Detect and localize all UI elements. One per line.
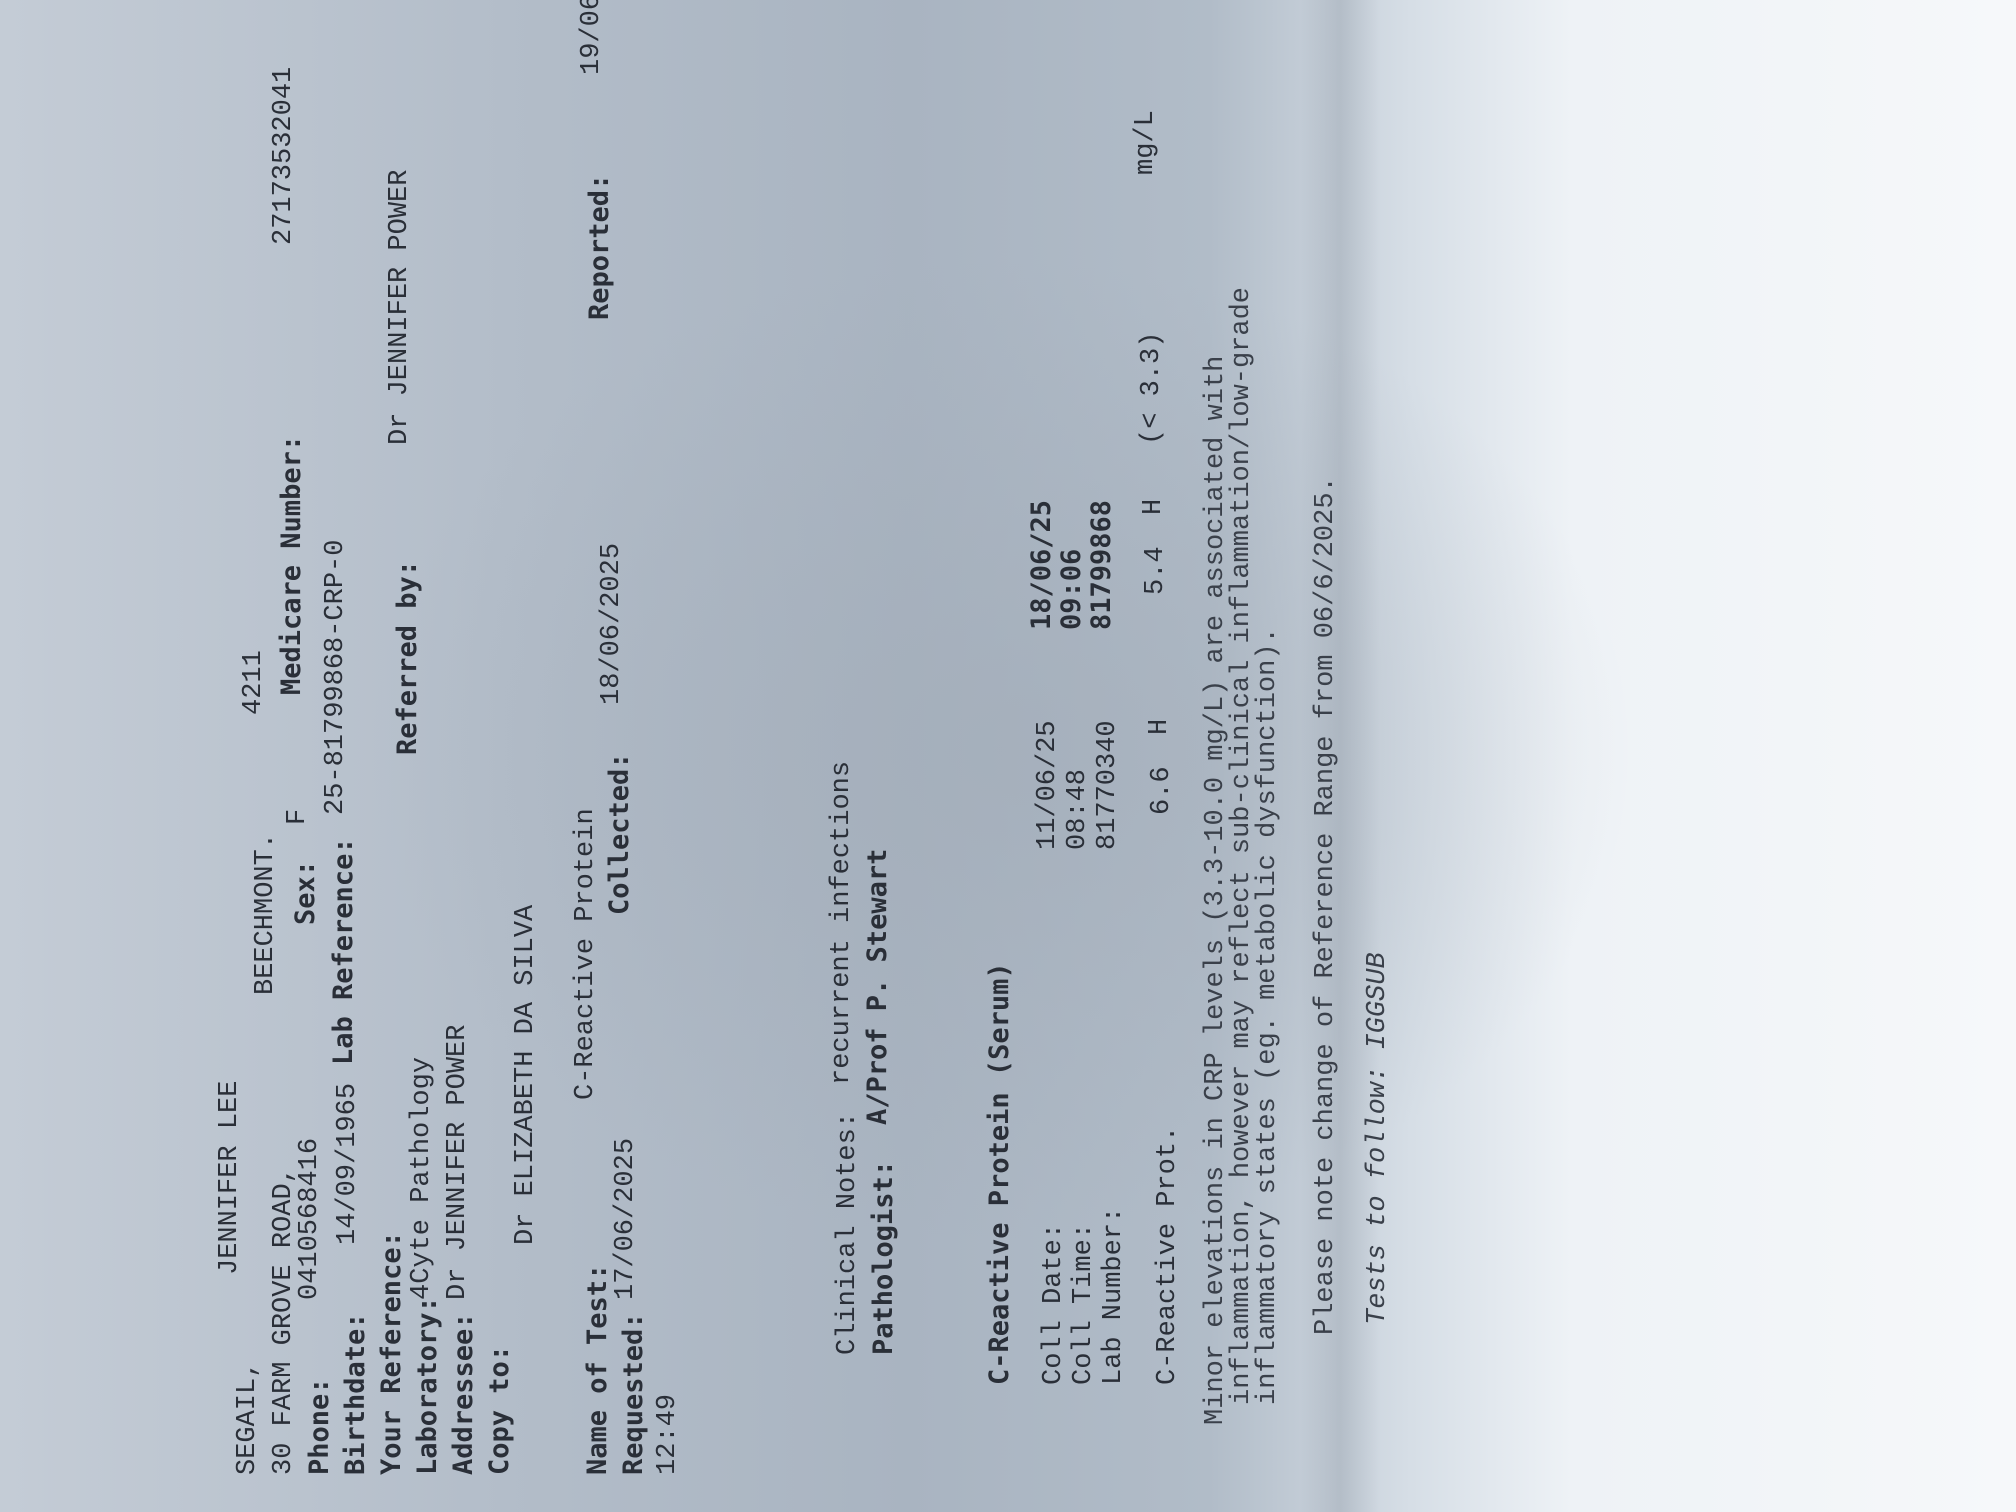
addressee-label: Addressee:	[446, 1312, 482, 1475]
reference-range: (< 3.3)	[1134, 332, 1170, 445]
lab-reference-label: Lab Reference:	[326, 837, 362, 1065]
col2-flag: H	[1136, 499, 1172, 515]
medicare-label: Medicare Number:	[274, 435, 310, 695]
result-units: mg/L	[1128, 110, 1164, 175]
comment-line-3: inflammatory states (eg. metabolic dysfu…	[1250, 627, 1286, 1405]
col2-value: 5.4	[1138, 546, 1174, 595]
reported-value: 19/06/2025	[574, 0, 610, 75]
patient-postcode: 4211	[236, 650, 272, 715]
reference-range-note: Please note change of Reference Range fr…	[1308, 476, 1344, 1335]
clinical-notes-value: recurrent infections	[824, 761, 860, 1085]
sex-label: Sex:	[288, 860, 324, 925]
copy-to-value: Dr ELIZABETH DA SILVA	[508, 905, 544, 1245]
col2-lab-number: 81799868	[1084, 500, 1120, 630]
requested-time: 12:49	[650, 1394, 686, 1475]
referred-by-value: Dr JENNIFER POWER	[382, 170, 418, 445]
col1-value: 6.6	[1144, 766, 1180, 815]
clinical-notes-label: Clinical Notes:	[830, 1112, 866, 1355]
phone-label: Phone:	[302, 1377, 338, 1475]
laboratory-value: 4Cyte Pathology	[404, 1057, 440, 1300]
patient-suburb: BEECHMONT.	[248, 833, 284, 995]
col1-flag: H	[1142, 719, 1178, 735]
copy-to-label: Copy to:	[482, 1345, 518, 1475]
medicare-value: 27173532041	[266, 67, 302, 245]
laboratory-label: Laboratory:	[410, 1296, 446, 1475]
birthdate-value: 14/09/1965	[330, 1083, 366, 1245]
col1-lab-number: 81770340	[1090, 720, 1126, 850]
analyte-name: C-Reactive Prot.	[1150, 1126, 1186, 1385]
collected-label: Collected:	[602, 752, 638, 915]
pathologist-label: Pathologist:	[866, 1160, 902, 1355]
lab-reference-value: 25-81799868-CRP-0	[318, 540, 354, 815]
pathologist-value: A/Prof P. Stewart	[860, 849, 896, 1125]
lab-number-label: Lab Number:	[1096, 1207, 1132, 1385]
tests-to-follow: Tests to follow: IGGSUB	[1360, 952, 1396, 1325]
reported-label: Reported:	[582, 174, 618, 320]
results-section-title: C-Reactive Protein (Serum)	[982, 962, 1018, 1385]
sex-value: F	[280, 809, 316, 825]
addressee-value: Dr JENNIFER POWER	[440, 1025, 476, 1300]
patient-given-names: JENNIFER LEE	[212, 1081, 248, 1275]
test-name-value: C-Reactive Protein	[568, 808, 604, 1100]
patient-surname: SEGAIL,	[230, 1362, 266, 1475]
pathology-report-page: SEGAIL, JENNIFER LEE 30 FARM GROVE ROAD,…	[230, 75, 1430, 1475]
phone-value: 0410568416	[292, 1138, 328, 1300]
requested-value: 17/06/2025	[608, 1138, 644, 1300]
collected-value: 18/06/2025	[594, 543, 630, 705]
referred-by-label: Referred by:	[390, 560, 426, 755]
birthdate-label: Birthdate:	[338, 1312, 374, 1475]
requested-label: Requested:	[616, 1312, 652, 1475]
